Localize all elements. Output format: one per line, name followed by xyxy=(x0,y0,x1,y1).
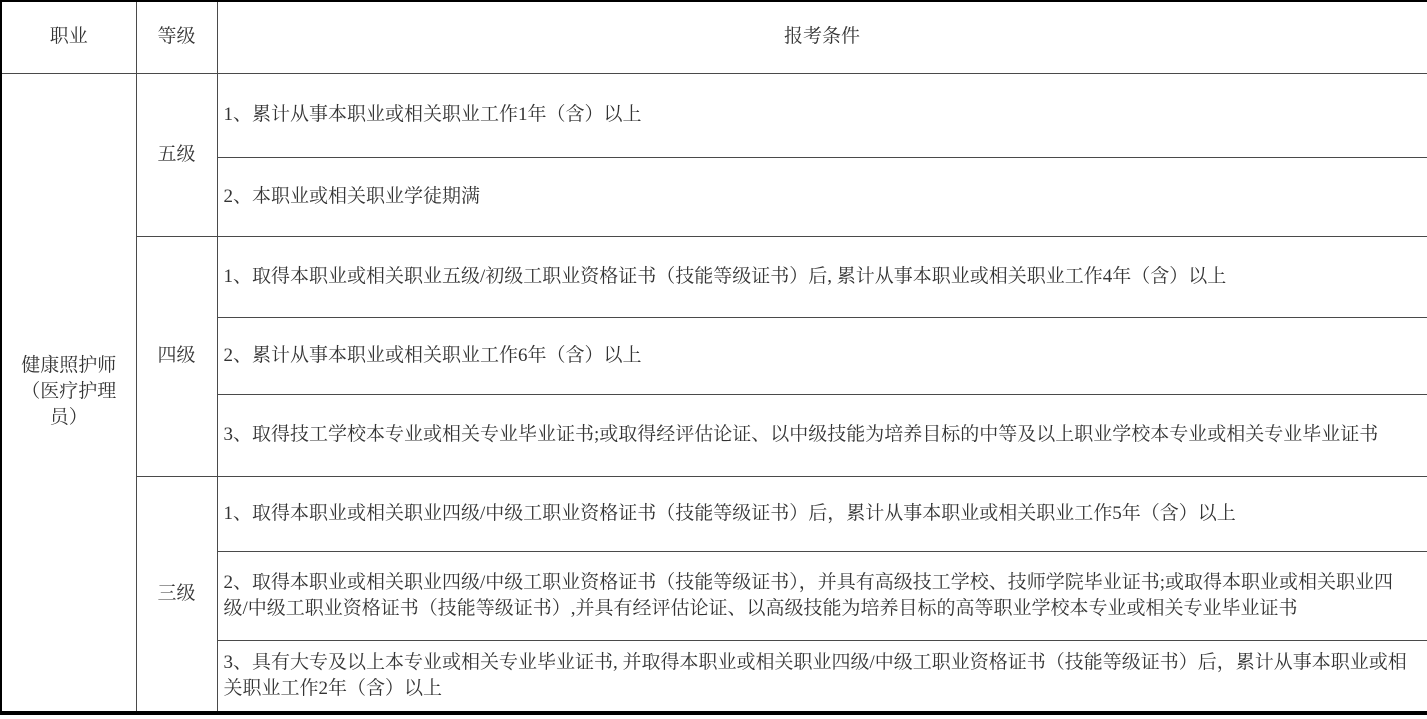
condition-cell-l4-3: 3、取得技工学校本专业或相关专业毕业证书;或取得经评估论证、以中级技能为培养目标… xyxy=(217,394,1427,476)
header-occupation: 职业 xyxy=(1,1,136,73)
header-conditions: 报考条件 xyxy=(217,1,1427,73)
header-level: 等级 xyxy=(136,1,217,73)
qualification-requirements-table: 职业 等级 报考条件 健康照护师（医疗护理员） 五级 1、累计从事本职业或相关职… xyxy=(0,0,1427,715)
table-row: 四级 1、取得本职业或相关职业五级/初级工职业资格证书（技能等级证书）后, 累计… xyxy=(1,236,1427,317)
level-cell-4: 四级 xyxy=(136,236,217,476)
level-cell-5: 五级 xyxy=(136,73,217,236)
occupation-cell: 健康照护师（医疗护理员） xyxy=(1,73,136,713)
level-cell-3: 三级 xyxy=(136,476,217,713)
condition-cell-l5-2: 2、本职业或相关职业学徒期满 xyxy=(217,157,1427,236)
table-row: 三级 1、取得本职业或相关职业四级/中级工职业资格证书（技能等级证书）后，累计从… xyxy=(1,476,1427,551)
condition-cell-l3-3: 3、具有大专及以上本专业或相关专业毕业证书, 并取得本职业或相关职业四级/中级工… xyxy=(217,640,1427,713)
condition-cell-l4-1: 1、取得本职业或相关职业五级/初级工职业资格证书（技能等级证书）后, 累计从事本… xyxy=(217,236,1427,317)
condition-cell-l3-1: 1、取得本职业或相关职业四级/中级工职业资格证书（技能等级证书）后，累计从事本职… xyxy=(217,476,1427,551)
table-header-row: 职业 等级 报考条件 xyxy=(1,1,1427,73)
condition-cell-l4-2: 2、累计从事本职业或相关职业工作6年（含）以上 xyxy=(217,317,1427,394)
condition-cell-l3-2: 2、取得本职业或相关职业四级/中级工职业资格证书（技能等级证书），并具有高级技工… xyxy=(217,551,1427,640)
table-row: 健康照护师（医疗护理员） 五级 1、累计从事本职业或相关职业工作1年（含）以上 xyxy=(1,73,1427,157)
condition-cell-l5-1: 1、累计从事本职业或相关职业工作1年（含）以上 xyxy=(217,73,1427,157)
